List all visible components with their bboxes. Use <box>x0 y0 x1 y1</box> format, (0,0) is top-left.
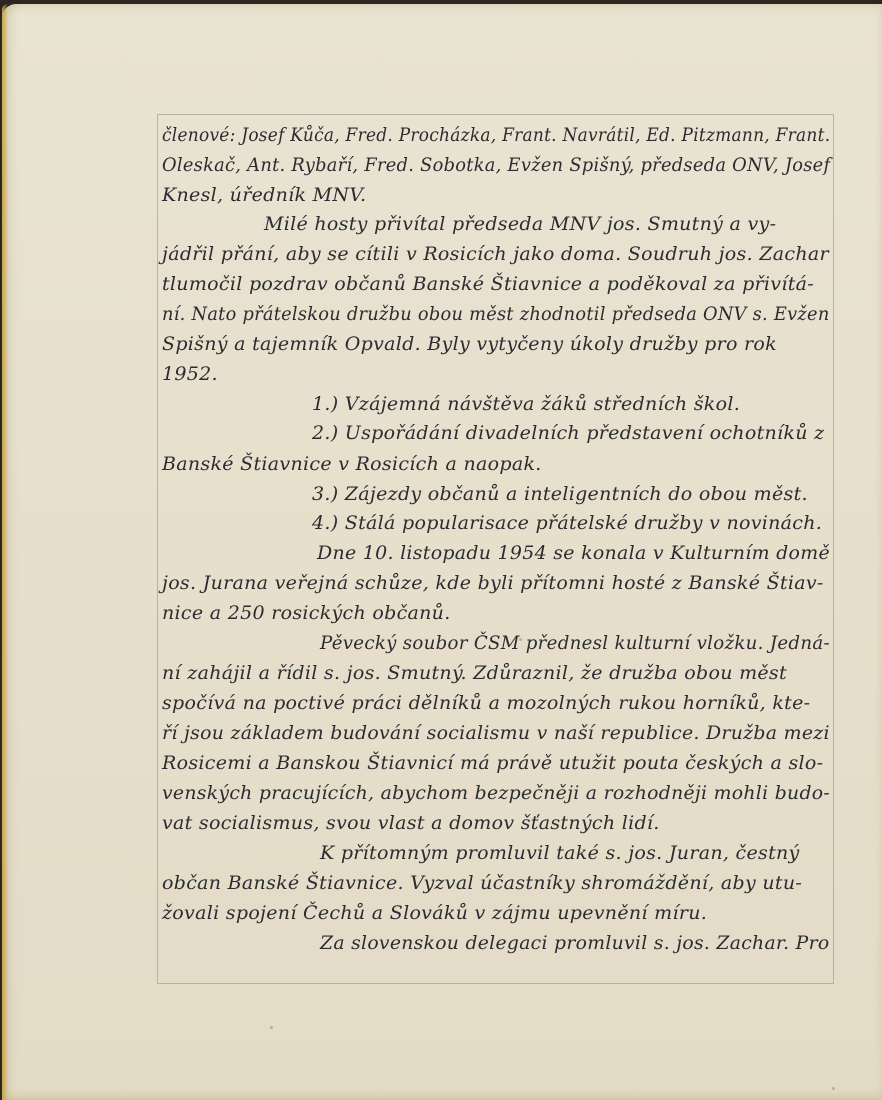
text-line: ní. Nato přátelskou družbu obou měst zho… <box>162 303 830 325</box>
text-line: jos. Jurana veřejná schůze, kde byli pří… <box>162 572 824 594</box>
text-line: Oleskač, Ant. Rybaří, Fred. Sobotka, Evž… <box>162 154 830 176</box>
paper-speck <box>832 1087 835 1090</box>
text-line: ří jsou základem budování socialismu v n… <box>162 722 830 744</box>
list-item: 3.) Zájezdy občanů a inteligentních do o… <box>312 483 808 505</box>
text-line: ní zahájil a řídil s. jos. Smutný. Zdůra… <box>162 662 787 684</box>
text-line: tlumočil pozdrav občanů Banské Štiavnice… <box>162 273 814 295</box>
text-line: Dne 10. listopadu 1954 se konala v Kultu… <box>317 542 830 564</box>
paper-speck <box>519 638 522 641</box>
text-line: venských pracujících, abychom bezpečněji… <box>162 782 830 804</box>
text-line: Knesl, úředník MNV. <box>162 184 366 206</box>
text-line: jádřil přání, aby se cítili v Rosicích j… <box>162 243 829 265</box>
text-line: občan Banské Štiavnice. Vyzval účastníky… <box>162 872 802 894</box>
text-line: Pěvecký soubor ČSM přednesl kulturní vlo… <box>320 632 830 654</box>
text-line: žovali spojení Čechů a Slováků v zájmu u… <box>162 902 707 924</box>
list-item: 2.) Uspořádání divadelních představení o… <box>312 422 824 444</box>
text-line: K přítomným promluvil také s. jos. Juran… <box>320 842 800 864</box>
paper-speck <box>270 1026 273 1029</box>
text-line: Za slovenskou delegaci promluvil s. jos.… <box>320 932 829 954</box>
text-line: 1952. <box>162 363 218 385</box>
text-line: členové: Josef Kůča, Fred. Procházka, Fr… <box>162 124 830 146</box>
document-page: členové: Josef Kůča, Fred. Procházka, Fr… <box>2 4 882 1100</box>
text-line: Rosicemi a Banskou Štiavnicí má právě ut… <box>162 752 823 774</box>
page-gilt-edge <box>2 4 8 1100</box>
text-line: nice a 250 rosických občanů. <box>162 602 451 624</box>
text-line: Spišný a tajemník Opvald. Byly vytyčeny … <box>162 333 777 355</box>
text-line: Milé hosty přivítal předseda MNV jos. Sm… <box>264 213 776 235</box>
text-line: vat socialismus, svou vlast a domov šťas… <box>162 812 660 834</box>
text-line: Banské Štiavnice v Rosicích a naopak. <box>162 453 542 475</box>
list-item: 1.) Vzájemná návštěva žáků středních ško… <box>312 393 740 415</box>
text-line: spočívá na poctivé práci dělníků a mozol… <box>162 692 810 714</box>
list-item: 4.) Stálá popularisace přátelské družby … <box>312 512 822 534</box>
